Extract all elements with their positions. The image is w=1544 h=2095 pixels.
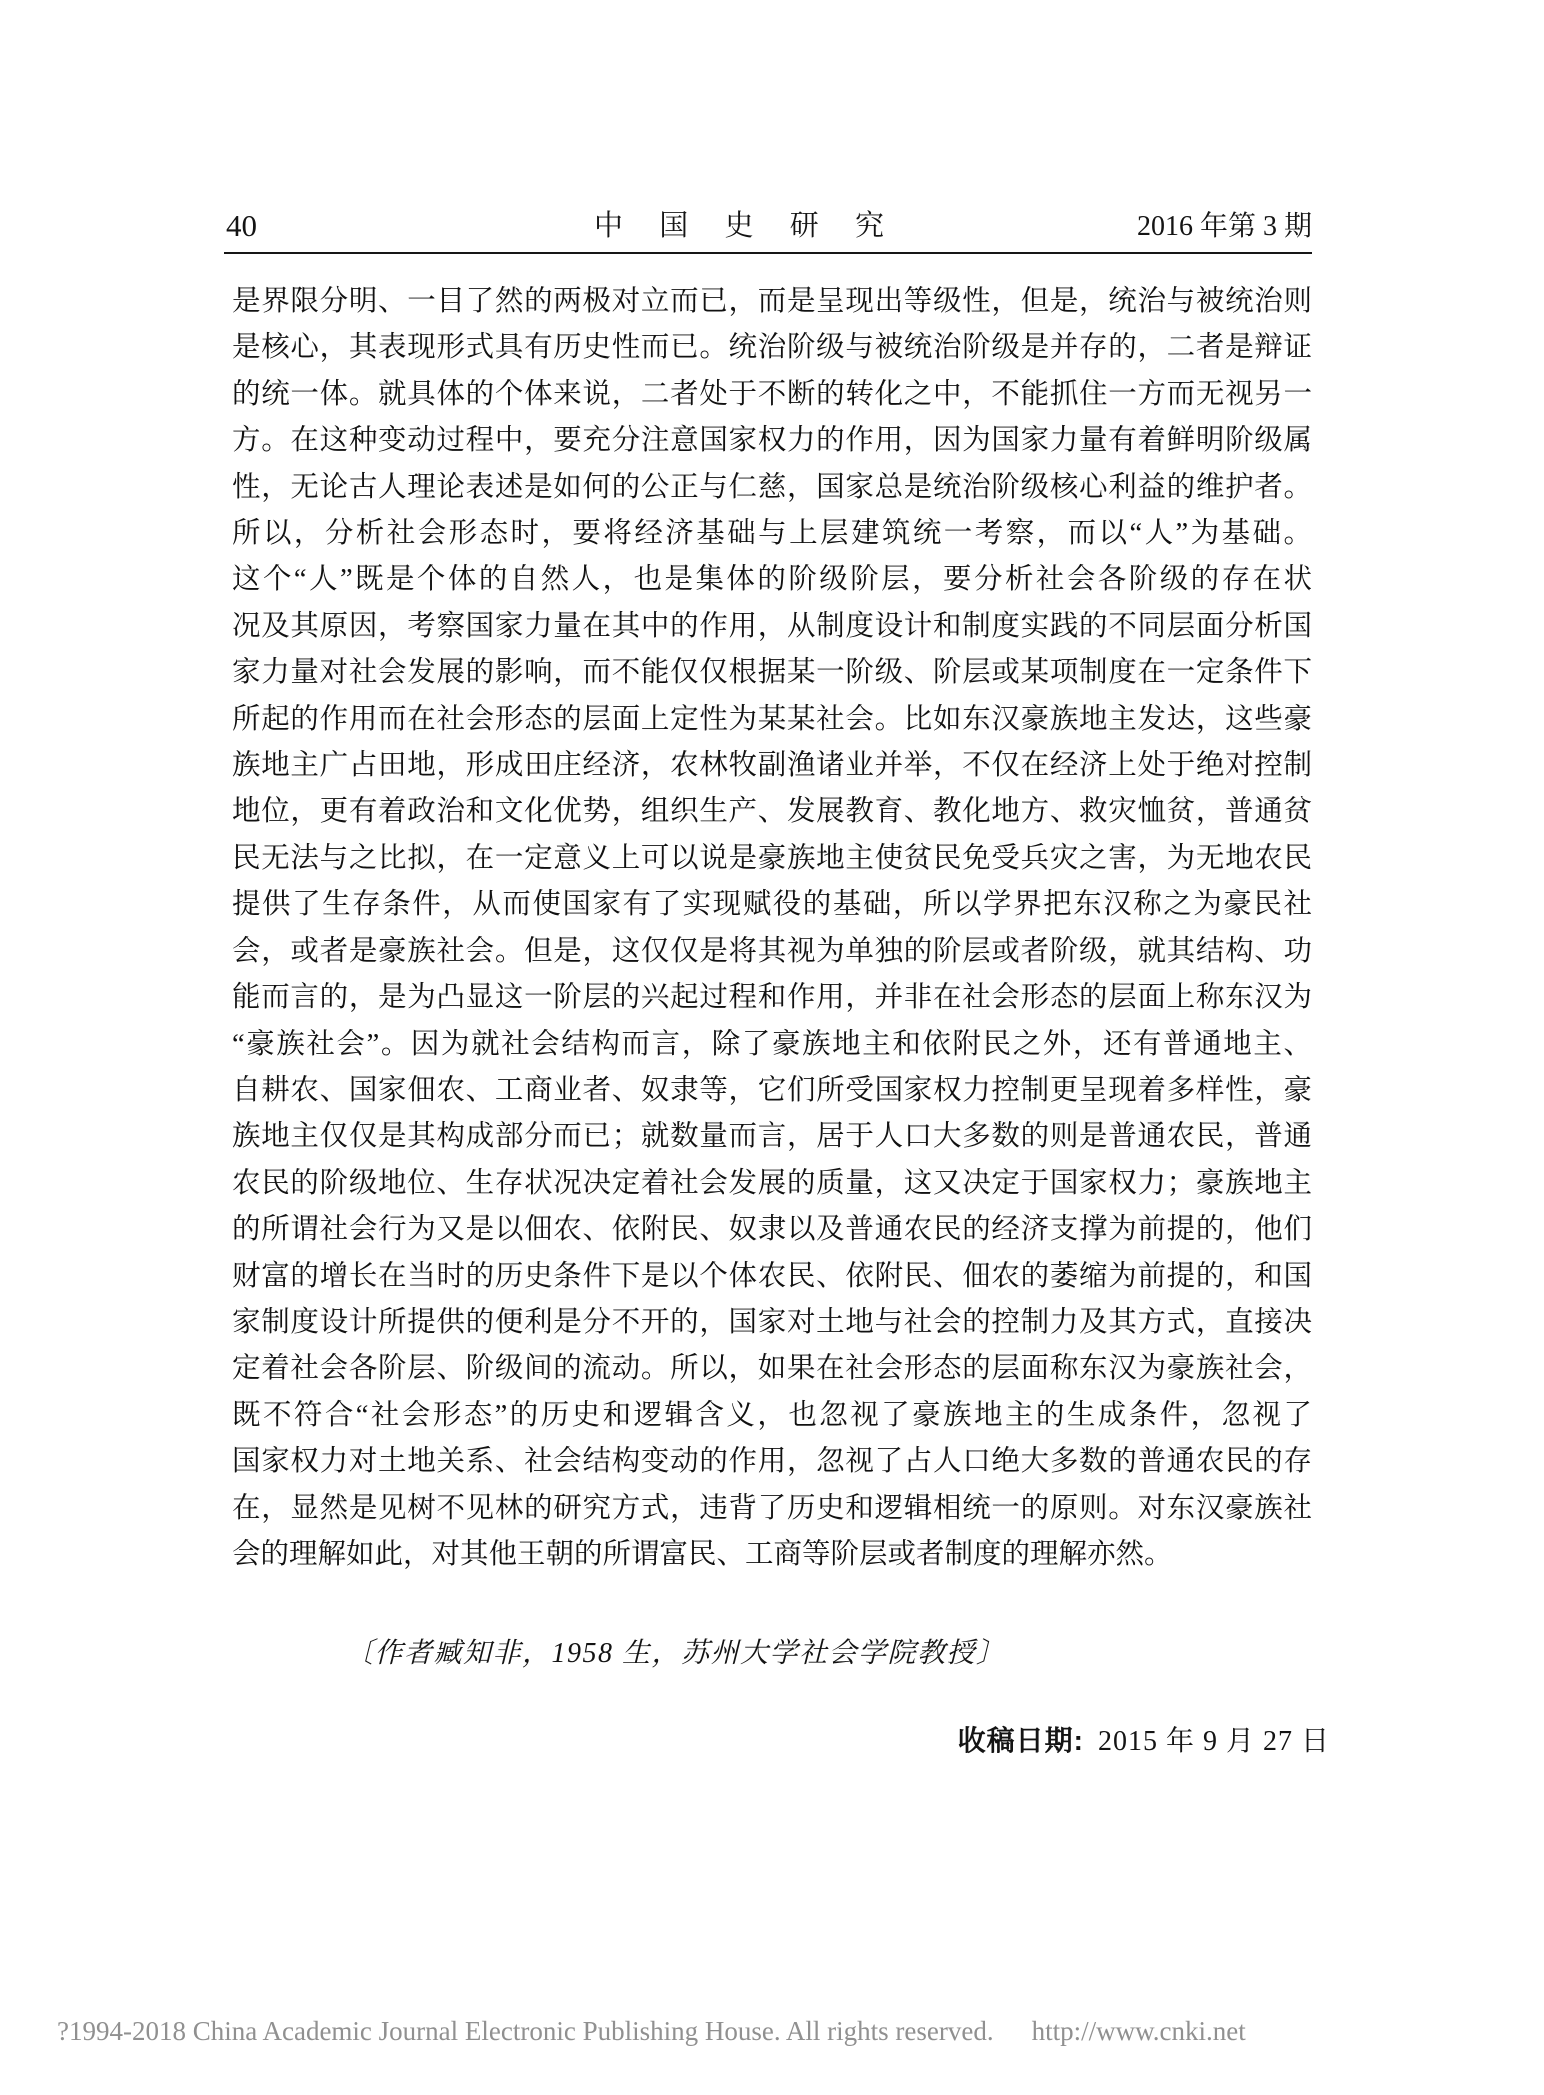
received-date-line: 收稿日期:2015 年 9 月 27 日 <box>958 1719 1330 1759</box>
journal-page: 40 中国史研究 2016 年第 3 期 是界限分明、一目了然的两极对立而已，而… <box>0 0 1544 2095</box>
body-text-line: 况及其原因，考察国家力量在其中的作用，从制度设计和制度实践的不同层面分析国 <box>232 604 1312 650</box>
body-text-line: 族地主广占田地，形成田庄经济，农林牧副渔诸业并举，不仅在经济上处于绝对控制 <box>232 743 1312 789</box>
issue-info: 2016 年第 3 期 <box>1137 204 1312 244</box>
received-date-label: 收稿日期: <box>958 1725 1084 1756</box>
body-text-line: 性，无论古人理论表述是如何的公正与仁慈，国家总是统治阶级核心利益的维护者。 <box>232 465 1312 511</box>
body-text-line: 财富的增长在当时的历史条件下是以个体农民、依附民、佃农的萎缩为前提的，和国 <box>232 1254 1312 1300</box>
body-text-line: 是核心，其表现形式具有历史性而已。统治阶级与被统治阶级是并存的，二者是辩证 <box>232 325 1312 371</box>
author-note: 〔作者臧知非，1958 生，苏州大学社会学院教授〕 <box>345 1631 1006 1671</box>
article-body: 是界限分明、一目了然的两极对立而已，而是呈现出等级性，但是，统治与被统治则是核心… <box>232 279 1312 1578</box>
body-text-line: 自耕农、国家佃农、工商业者、奴隶等，它们所受国家权力控制更呈现着多样性，豪 <box>232 1068 1312 1114</box>
body-text-line: 会的理解如此，对其他王朝的所谓富民、工商等阶层或者制度的理解亦然。 <box>232 1532 1312 1578</box>
body-text-line: 的所谓社会行为又是以佃农、依附民、奴隶以及普通农民的经济支撑为前提的，他们 <box>232 1207 1312 1253</box>
body-text-line: 民无法与之比拟，在一定意义上可以说是豪族地主使贫民免受兵灾之害，为无地农民 <box>232 836 1312 882</box>
body-text-line: 方。在这种变动过程中，要充分注意国家权力的作用，因为国家力量有着鲜明阶级属 <box>232 418 1312 464</box>
body-text-line: 是界限分明、一目了然的两极对立而已，而是呈现出等级性，但是，统治与被统治则 <box>232 279 1312 325</box>
body-text-line: 家制度设计所提供的便利是分不开的，国家对土地与社会的控制力及其方式，直接决 <box>232 1300 1312 1346</box>
copyright-text: ?1994-2018 China Academic Journal Electr… <box>57 2016 994 2047</box>
body-text-line: 的统一体。就具体的个体来说，二者处于不断的转化之中，不能抓住一方而无视另一 <box>232 372 1312 418</box>
running-head: 40 中国史研究 2016 年第 3 期 <box>224 206 1312 254</box>
body-text-line: 这个“人”既是个体的自然人，也是集体的阶级阶层，要分析社会各阶级的存在状 <box>232 557 1312 603</box>
received-date-value: 2015 年 9 月 27 日 <box>1098 1726 1330 1757</box>
body-text-line: 地位，更有着政治和文化优势，组织生产、发展教育、教化地方、救灾恤贫，普通贫 <box>232 789 1312 835</box>
page-number: 40 <box>226 208 257 244</box>
body-text-line: 所起的作用而在社会形态的层面上定性为某某社会。比如东汉豪族地主发达，这些豪 <box>232 697 1312 743</box>
journal-title: 中国史研究 <box>594 203 920 244</box>
body-text-line: 族地主仅仅是其构成部分而已；就数量而言，居于人口大多数的则是普通农民，普通 <box>232 1114 1312 1160</box>
page-footer: ?1994-2018 China Academic Journal Electr… <box>57 2016 1504 2047</box>
body-text-line: 既不符合“社会形态”的历史和逻辑含义，也忽视了豪族地主的生成条件，忽视了 <box>232 1393 1312 1439</box>
body-text-line: 在，显然是见树不见林的研究方式，违背了历史和逻辑相统一的原则。对东汉豪族社 <box>232 1486 1312 1532</box>
body-text-line: 农民的阶级地位、生存状况决定着社会发展的质量，这又决定于国家权力；豪族地主 <box>232 1161 1312 1207</box>
body-text-line: 提供了生存条件，从而使国家有了实现赋役的基础，所以学界把东汉称之为豪民社 <box>232 882 1312 928</box>
cnki-url: http://www.cnki.net <box>1032 2016 1246 2047</box>
body-text-line: 定着社会各阶层、阶级间的流动。所以，如果在社会形态的层面称东汉为豪族社会， <box>232 1346 1312 1392</box>
body-text-line: 能而言的，是为凸显这一阶层的兴起过程和作用，并非在社会形态的层面上称东汉为 <box>232 975 1312 1021</box>
body-text-line: 国家权力对土地关系、社会结构变动的作用，忽视了占人口绝大多数的普通农民的存 <box>232 1439 1312 1485</box>
body-text-line: 家力量对社会发展的影响，而不能仅仅根据某一阶级、阶层或某项制度在一定条件下 <box>232 650 1312 696</box>
body-text-line: 会，或者是豪族社会。但是，这仅仅是将其视为单独的阶层或者阶级，就其结构、功 <box>232 929 1312 975</box>
body-text-line: “豪族社会”。因为就社会结构而言，除了豪族地主和依附民之外，还有普通地主、 <box>232 1022 1312 1068</box>
body-text-line: 所以，分析社会形态时，要将经济基础与上层建筑统一考察，而以“人”为基础。 <box>232 511 1312 557</box>
